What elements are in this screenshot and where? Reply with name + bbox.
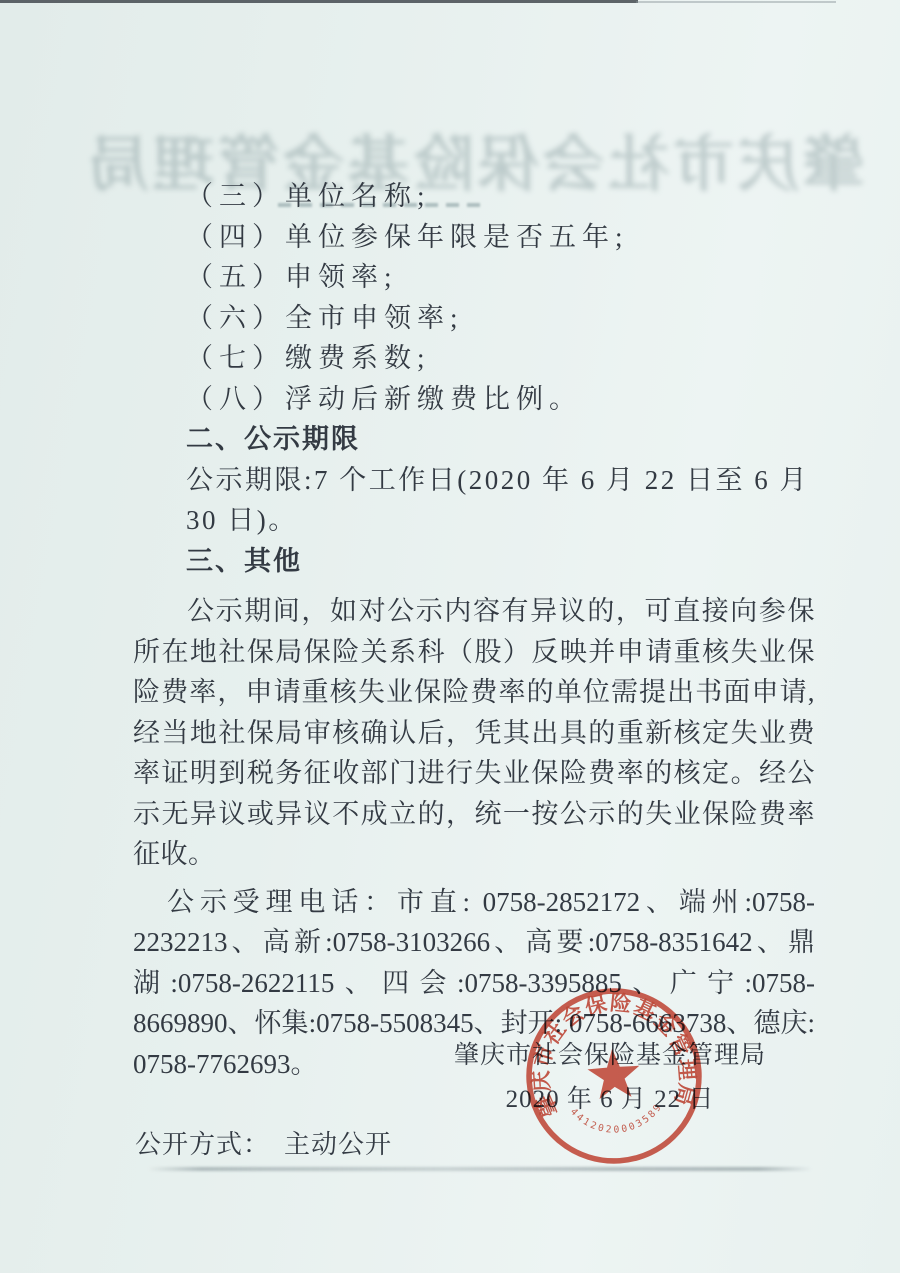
- scanned-notice-page: 肇庆市社会保险基金管理局 （三）单位名称; （四）单位参保年限是否五年; （五）…: [0, 0, 900, 1273]
- section-heading-other: 三、其他: [133, 541, 815, 582]
- other-paragraph: 公示期间，如对公示内容有异议的，可直接向参保所在地社保局保险关系科（股）反映并申…: [133, 591, 815, 875]
- list-item-5: （五）申领率;: [133, 257, 815, 298]
- period-text: 公示期限:7 个工作日(2020 年 6 月 22 日至 6 月 30 日)。: [133, 460, 815, 541]
- list-item-6: （六）全市申领率;: [133, 298, 815, 339]
- list-item-4: （四）单位参保年限是否五年;: [133, 217, 815, 258]
- scan-edge-streak-dark: [0, 0, 638, 3]
- seal-graphic: 肇庆市社会保险基金管理局 4412020003589: [518, 980, 710, 1172]
- seal-star-icon: [586, 1047, 641, 1100]
- list-item-7: （七）缴费系数;: [133, 338, 815, 379]
- disclosure-method-value: 主动公开: [284, 1130, 392, 1159]
- scan-edge-streak-gray: [636, 1, 836, 3]
- list-item-3: （三）单位名称;: [133, 176, 815, 217]
- disclosure-method-line: 公开方式：主动公开: [135, 1124, 392, 1161]
- disclosure-method-label: 公开方式：: [135, 1130, 270, 1159]
- section-heading-period: 二、公示期限: [133, 419, 815, 460]
- svg-text:4412020003589: 4412020003589: [567, 1100, 666, 1139]
- list-item-8: （八）浮动后新缴费比例。: [133, 379, 815, 420]
- scan-smudge-artifact: [148, 1167, 812, 1171]
- official-seal: 肇庆市社会保险基金管理局 4412020003589: [518, 980, 710, 1172]
- seal-serial-number: 4412020003589: [567, 1100, 666, 1139]
- notice-body: （三）单位名称; （四）单位参保年限是否五年; （五）申领率; （六）全市申领率…: [133, 176, 815, 1084]
